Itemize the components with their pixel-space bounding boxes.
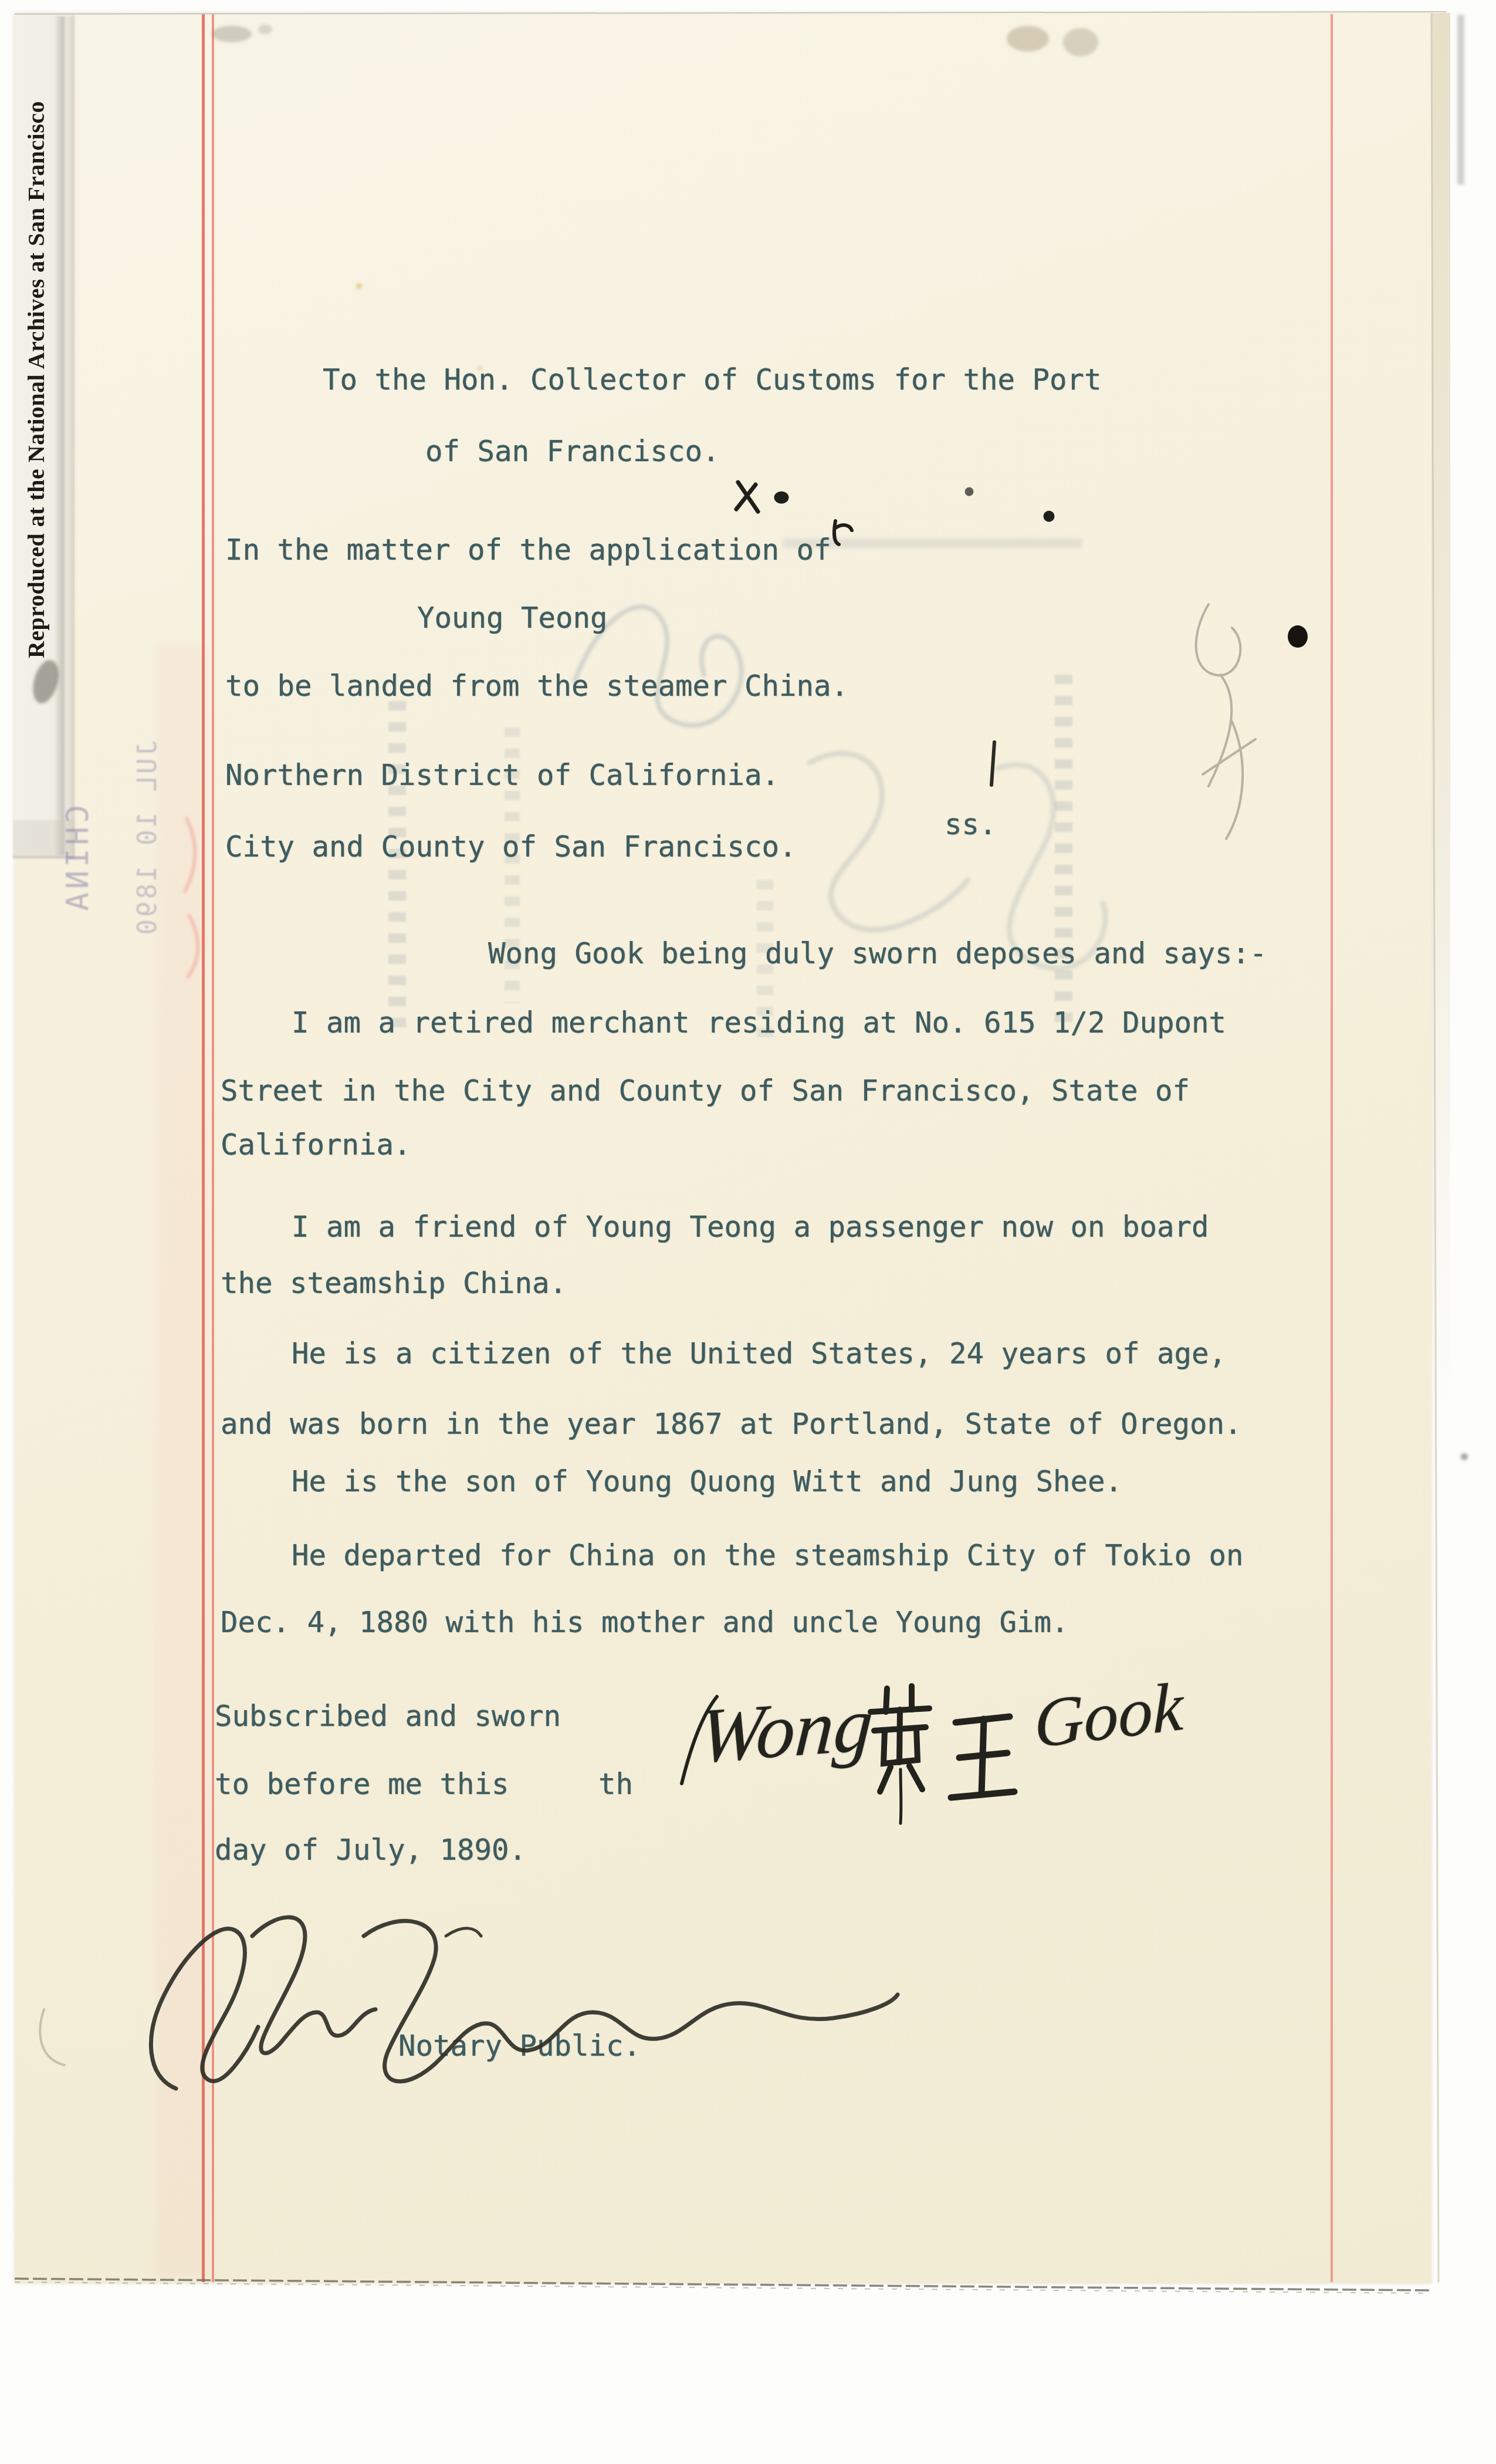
tape-crease [54, 16, 74, 855]
jurat-line-3: day of July, 1890. [215, 1835, 526, 1866]
body-line: He is the son of Young Quong Witt and Ju… [292, 1467, 1122, 1497]
bleedthrough-ship-stamp: CHINA [60, 805, 97, 941]
edge-streak [1457, 15, 1464, 185]
applicant-name: Young Teong [417, 603, 608, 634]
caption-line-3: to be landed from the steamer China. [225, 671, 848, 702]
paper-bottom-edge-2 [15, 2282, 1431, 2293]
body-line: California. [221, 1130, 411, 1160]
notary-title: Notary Public. [398, 2031, 641, 2062]
left-margin-rule [202, 14, 205, 2282]
archives-strip-label: Reproduced at the National Archives at S… [22, 80, 54, 679]
body-line: the steamship China. [221, 1268, 567, 1299]
right-margin-rule [1331, 14, 1333, 2282]
body-line: Dec. 4, 1880 with his mother and uncle Y… [221, 1607, 1069, 1638]
venue-city: City and County of San Francisco. [225, 832, 797, 862]
scanned-affidavit-page: Reproduced at the National Archives at S… [0, 0, 1496, 2464]
body-line: He is a citizen of the United States, 24… [292, 1339, 1226, 1369]
left-margin-rule-inner [212, 14, 214, 2282]
jurat-line-1: Subscribed and sworn [215, 1701, 561, 1732]
deposition-intro: Wong Gook being duly sworn deposes and s… [488, 939, 1267, 969]
body-line: I am a friend of Young Teong a passenger… [292, 1212, 1209, 1243]
jurat-line-2: to before me this [215, 1769, 509, 1800]
bleedthrough-column [388, 701, 406, 1030]
venue-ss: ss. [945, 810, 997, 840]
heading-line-1: To the Hon. Collector of Customs for the… [323, 365, 1102, 395]
venue-district: Northern District of California. [225, 760, 779, 791]
body-line: He departed for China on the steamship C… [292, 1541, 1244, 1571]
body-line: I am a retired merchant residing at No. … [292, 1008, 1226, 1038]
body-line: Street in the City and County of San Fra… [221, 1076, 1190, 1106]
bleedthrough-column [1055, 675, 1072, 1027]
deponent-signature-wong: Wong [696, 1678, 876, 1781]
heading-line-2: of San Francisco. [425, 436, 720, 467]
caption-line-1: In the matter of the application of [225, 535, 831, 566]
speck [1461, 1453, 1468, 1460]
jurat-day-suffix: th [598, 1769, 633, 1800]
body-line: and was born in the year 1867 at Portlan… [221, 1409, 1242, 1440]
bleedthrough-date-stamp: JUL 10 1890 [133, 740, 165, 996]
paper-right-fold [1431, 13, 1450, 1538]
